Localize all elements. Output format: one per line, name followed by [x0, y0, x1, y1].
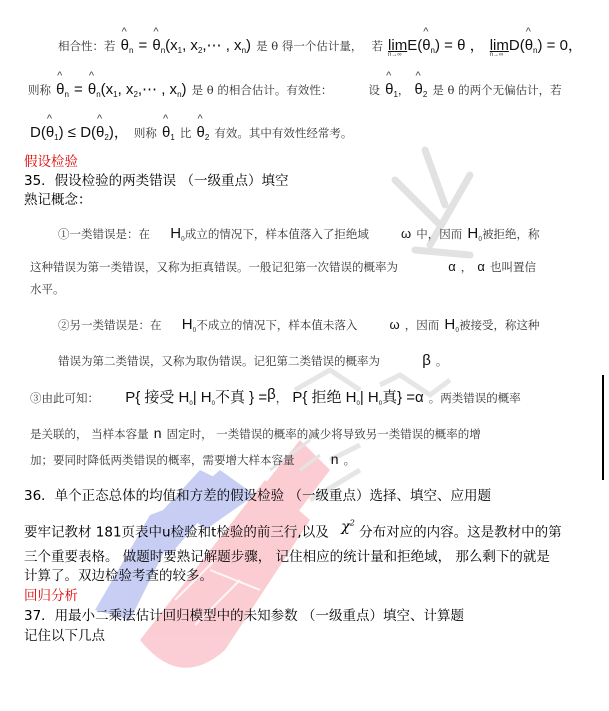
- theta-2-hat: θ2: [196, 124, 209, 142]
- equals: =: [74, 81, 83, 98]
- lim: limn→∞: [490, 37, 509, 54]
- comma: ，: [398, 83, 410, 97]
- type1-error-line-2: 这种错误为第一类错误，又称为拒真错误。一般记犯第一次错误的概率为 α ， α 也…: [30, 256, 536, 275]
- args: (x1, x2,⋯ , xn): [165, 37, 251, 54]
- chi-square-symbol: χ2: [341, 519, 355, 535]
- item-36-body-line-1: 要牢记教材 181页表中u检验和t检验的前三行,以及 χ2 分布对应的内容。这是…: [24, 518, 562, 541]
- error-relation-line-2: 是关联的， 当样本容量 n 固定时， 一类错误的概率的减少将导致另一类错误的概率…: [30, 423, 481, 442]
- error-relation-line-3: 加；要同时降低两类错误的概率，需要增大样本容量 n 。: [30, 449, 355, 468]
- text: 是 θ 的相合估计。有效性：: [192, 83, 333, 97]
- section-heading-regression: 回归分析: [24, 584, 78, 604]
- args: (x1, x2,⋯ , xn): [101, 81, 187, 98]
- item-36-body-line-2: 三个重要表格。 做题时要熟记解题步骤， 记住相应的统计量和拒绝域， 那么剩下的就…: [24, 545, 550, 565]
- text: 是 θ 的两个无偏估计，若: [432, 83, 561, 97]
- theta-hat: θn: [121, 37, 134, 55]
- type1-error-line-3: 水平。: [30, 281, 65, 297]
- expr: D(θn) = 0，: [509, 37, 583, 54]
- text: 是 θ 得一个估计量，: [256, 39, 362, 53]
- text: 设: [369, 83, 381, 97]
- consistency-line-2: 则称 θn = θn(x1, x2,⋯ , xn) 是 θ 的相合估计。有效性：…: [28, 79, 562, 99]
- memorize-label: 熟记概念：: [24, 188, 92, 208]
- formula-accept: P{ 接受 H0| H0不真 } =β: [125, 389, 276, 406]
- type1-error-line-1: ①一类错误是：在 H0成立的情况下，样本值落入了拒绝域 ω 中，因而 H0被拒绝…: [58, 223, 540, 243]
- type2-error-line-1: ②另一类错误是：在 H0不成立的情况下，样本值未落入 ω ，因而 H0被接受，称…: [58, 314, 540, 334]
- text: 若: [371, 39, 383, 53]
- equals: =: [138, 37, 147, 54]
- formula-reject: P{ 拒绝 H0| H0真} =α: [292, 389, 423, 406]
- theta-hat: θn: [56, 81, 69, 99]
- inequality: D(θ1) ≤ D(θ2)，: [30, 124, 129, 141]
- lim: limn→∞: [388, 37, 407, 54]
- section-heading-hypothesis: 假设检验: [24, 150, 78, 170]
- item-35-title: 35．假设检验的两类错误 （一级重点）填空: [24, 169, 288, 189]
- item-36-title: 36．单个正态总体的均值和方差的假设检验 （一级重点）选择、填空、应用题: [24, 484, 491, 504]
- theta-hat: θn: [88, 81, 101, 99]
- consistency-line-1: 相合性：若 θn = θn(x1, x2,⋯ , xn) 是 θ 得一个估计量，…: [58, 34, 583, 55]
- margin-rule: [602, 375, 604, 480]
- theta-1-hat: θ1: [385, 81, 398, 99]
- text: 比: [180, 126, 192, 140]
- theta-1-hat: θ1: [162, 124, 175, 142]
- theta-2-hat: θ2: [415, 81, 428, 99]
- label: 相合性：若: [58, 39, 116, 53]
- text: 则称: [134, 126, 157, 140]
- error-relation-line-1: ③由此可知： P{ 接受 H0| H0不真 } =β， P{ 拒绝 H0| H0…: [30, 386, 521, 407]
- item-37-title: 37．用最小二乘法估计回归模型中的未知参数 （一级重点）填空、计算题: [24, 604, 464, 624]
- type2-error-line-2: 错误为第二类错误，又称为取伪错误。记犯第二类错误的概率为 β 。: [58, 350, 447, 369]
- item-36-body-line-3: 计算了。双边检验考查的较多。: [24, 564, 213, 584]
- expr: E(θn) = θ ，: [407, 37, 484, 54]
- theta-hat: θn: [152, 37, 165, 55]
- consistency-line-3: D(θ1) ≤ D(θ2)， 则称 θ1 比 θ2 有效。其中有效性经常考。: [30, 121, 352, 142]
- memorize-points-label: 记住以下几点: [24, 624, 105, 644]
- text: 有效。其中有效性经常考。: [214, 126, 352, 140]
- label: 则称: [28, 83, 51, 97]
